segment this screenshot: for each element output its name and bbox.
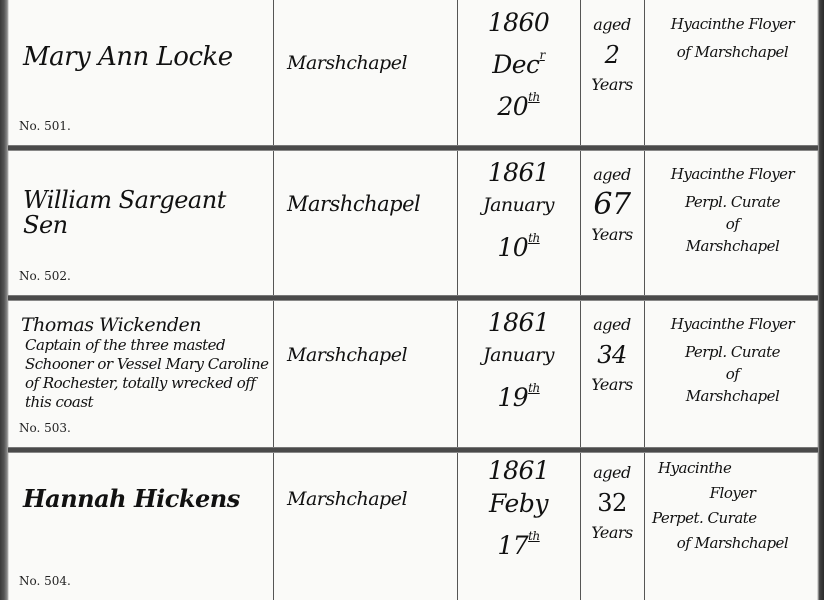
age-value: 67 [580,190,644,220]
officiant: Hyacinthe Floyer of Marshchapel [652,10,813,66]
entry-number: No. 501. [19,119,71,133]
age-cell: aged 67 Years [580,150,644,295]
burial-day: 17 [497,531,528,560]
burial-day: 10 [497,233,528,262]
deceased-name: Hannah Hickens [23,486,240,511]
age-value: 32 [580,488,644,518]
register-entry: Mary Ann Locke No. 501. Marshchapel 1860… [9,0,817,145]
date-cell: 1860 Decr 20th [457,0,580,145]
age: aged 32 Years [580,458,644,548]
officiant-cell: Hyacinthe Floyer Perpet. Curate of Marsh… [644,452,817,600]
name-cell: Thomas Wickenden Captain of the three ma… [9,300,273,447]
age-cell: aged 34 Years [580,300,644,447]
burial-date: 1861 January 10th [457,156,580,264]
burial-year: 1861 [457,306,580,339]
age: aged 2 Years [580,10,644,100]
age-cell: aged 2 Years [580,0,644,145]
register-entry: William Sargeant Sen No. 502. Marshchape… [9,150,817,295]
entry-number: No. 502. [19,269,71,283]
officiant: Hyacinthe Floyer Perpl. Curate of Marshc… [652,160,813,260]
name-cell: Hannah Hickens No. 504. [9,452,273,600]
abode-cell: Marshchapel [273,0,457,145]
entry-number: No. 504. [19,574,71,588]
burial-date: 1861 January 19th [457,306,580,414]
burial-year: 1861 [457,454,580,487]
burial-date: 1861 Feby 17th [457,454,580,562]
abode: Marshchapel [287,52,407,74]
age-cell: aged 32 Years [580,452,644,600]
deceased-note: Captain of the three masted Schooner or … [21,336,276,412]
abode: Marshchapel [287,488,407,510]
date-cell: 1861 January 19th [457,300,580,447]
age: aged 67 Years [580,160,644,250]
officiant: Hyacinthe Floyer Perpl. Curate of Marshc… [652,310,813,410]
burial-day: 19 [497,383,528,412]
name-cell: Mary Ann Locke No. 501. [9,0,273,145]
burial-date: 1860 Decr 20th [457,6,580,123]
officiant-cell: Hyacinthe Floyer Perpl. Curate of Marshc… [644,150,817,295]
abode-cell: Marshchapel [273,452,457,600]
burial-year: 1860 [457,6,580,39]
burial-register-page: Mary Ann Locke No. 501. Marshchapel 1860… [0,0,824,600]
burial-day: 20 [497,92,528,121]
abode-cell: Marshchapel [273,300,457,447]
register-entry: Hannah Hickens No. 504. Marshchapel 1861… [9,452,817,600]
deceased-name: Thomas Wickenden [21,314,276,336]
age: aged 34 Years [580,310,644,400]
burial-month: Feby [457,487,580,520]
abode: Marshchapel [287,192,420,216]
date-cell: 1861 January 10th [457,150,580,295]
name-cell: William Sargeant Sen No. 502. [9,150,273,295]
abode: Marshchapel [287,344,407,366]
page-right-border [817,0,824,600]
officiant: Hyacinthe Floyer Perpet. Curate of Marsh… [652,456,813,556]
burial-month: Dec [492,50,539,79]
burial-month: January [457,339,580,372]
age-value: 2 [580,40,644,70]
deceased-name-with-note: Thomas Wickenden Captain of the three ma… [21,314,276,412]
date-cell: 1861 Feby 17th [457,452,580,600]
deceased-name: William Sargeant Sen [23,188,273,238]
register-entry: Thomas Wickenden Captain of the three ma… [9,300,817,447]
abode-cell: Marshchapel [273,150,457,295]
burial-year: 1861 [457,156,580,189]
age-value: 34 [580,340,644,370]
officiant-cell: Hyacinthe Floyer of Marshchapel [644,0,817,145]
deceased-name: Mary Ann Locke [23,44,233,71]
burial-month: January [457,189,580,222]
officiant-cell: Hyacinthe Floyer Perpl. Curate of Marshc… [644,300,817,447]
entry-number: No. 503. [19,421,71,435]
